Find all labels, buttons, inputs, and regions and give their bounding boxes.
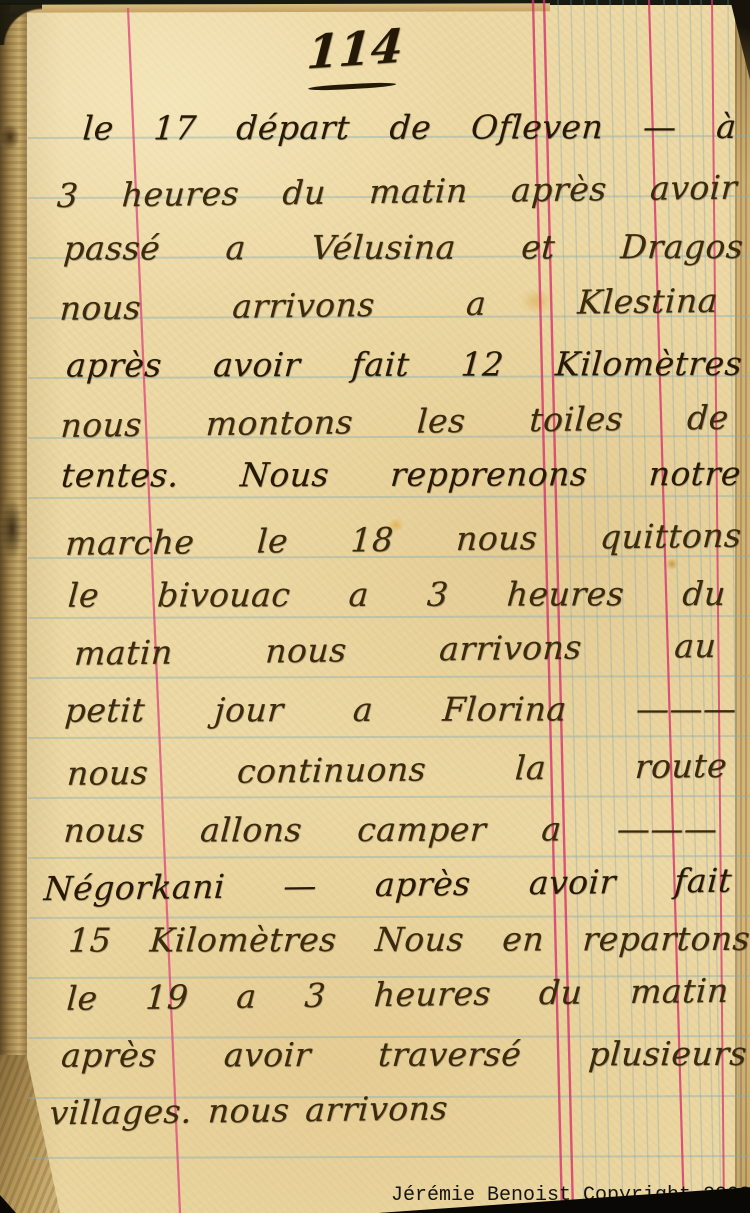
manuscript-text: le 17 départ de Ofleven — à3 heures du m… [0,0,750,1213]
manuscript-line: marche le 18 nous quittons [64,513,743,567]
manuscript-line: après avoir fait 12 Kilomètres [65,341,744,389]
manuscript-line: le 17 départ de Ofleven — à [81,104,738,152]
manuscript-line: passé a Vélusina et Dragos [62,224,745,272]
manuscript-line: nous arrivons a Klestina [58,278,719,332]
manuscript-line: après avoir traversé plusieurs [60,1031,749,1079]
manuscript-line: Négorkani — après avoir fait [43,858,734,912]
manuscript-line: tentes. Nous repprenons notre [60,451,743,499]
manuscript-line: 3 heures du matin après avoir [56,165,739,219]
manuscript-line: nous allons camper a ——— [62,806,719,854]
manuscript-line: petit jour a Florina ——— [63,686,738,734]
manuscript-line: le 19 a 3 heures du matin [65,968,730,1022]
manuscript-line: le bivouac a 3 heures du [66,571,727,619]
manuscript-line: nous continuons la route [66,743,729,797]
scanned-diary-page: 114 le 17 départ de Ofleven — à3 heures … [0,0,750,1213]
manuscript-line: matin nous arrivons au [73,623,718,677]
manuscript-line: 15 Kilomètres Nous en repartons [67,916,750,964]
manuscript-line: nous montons les toiles de [59,395,730,449]
manuscript-line: villages. nous arrivons [48,1085,449,1136]
